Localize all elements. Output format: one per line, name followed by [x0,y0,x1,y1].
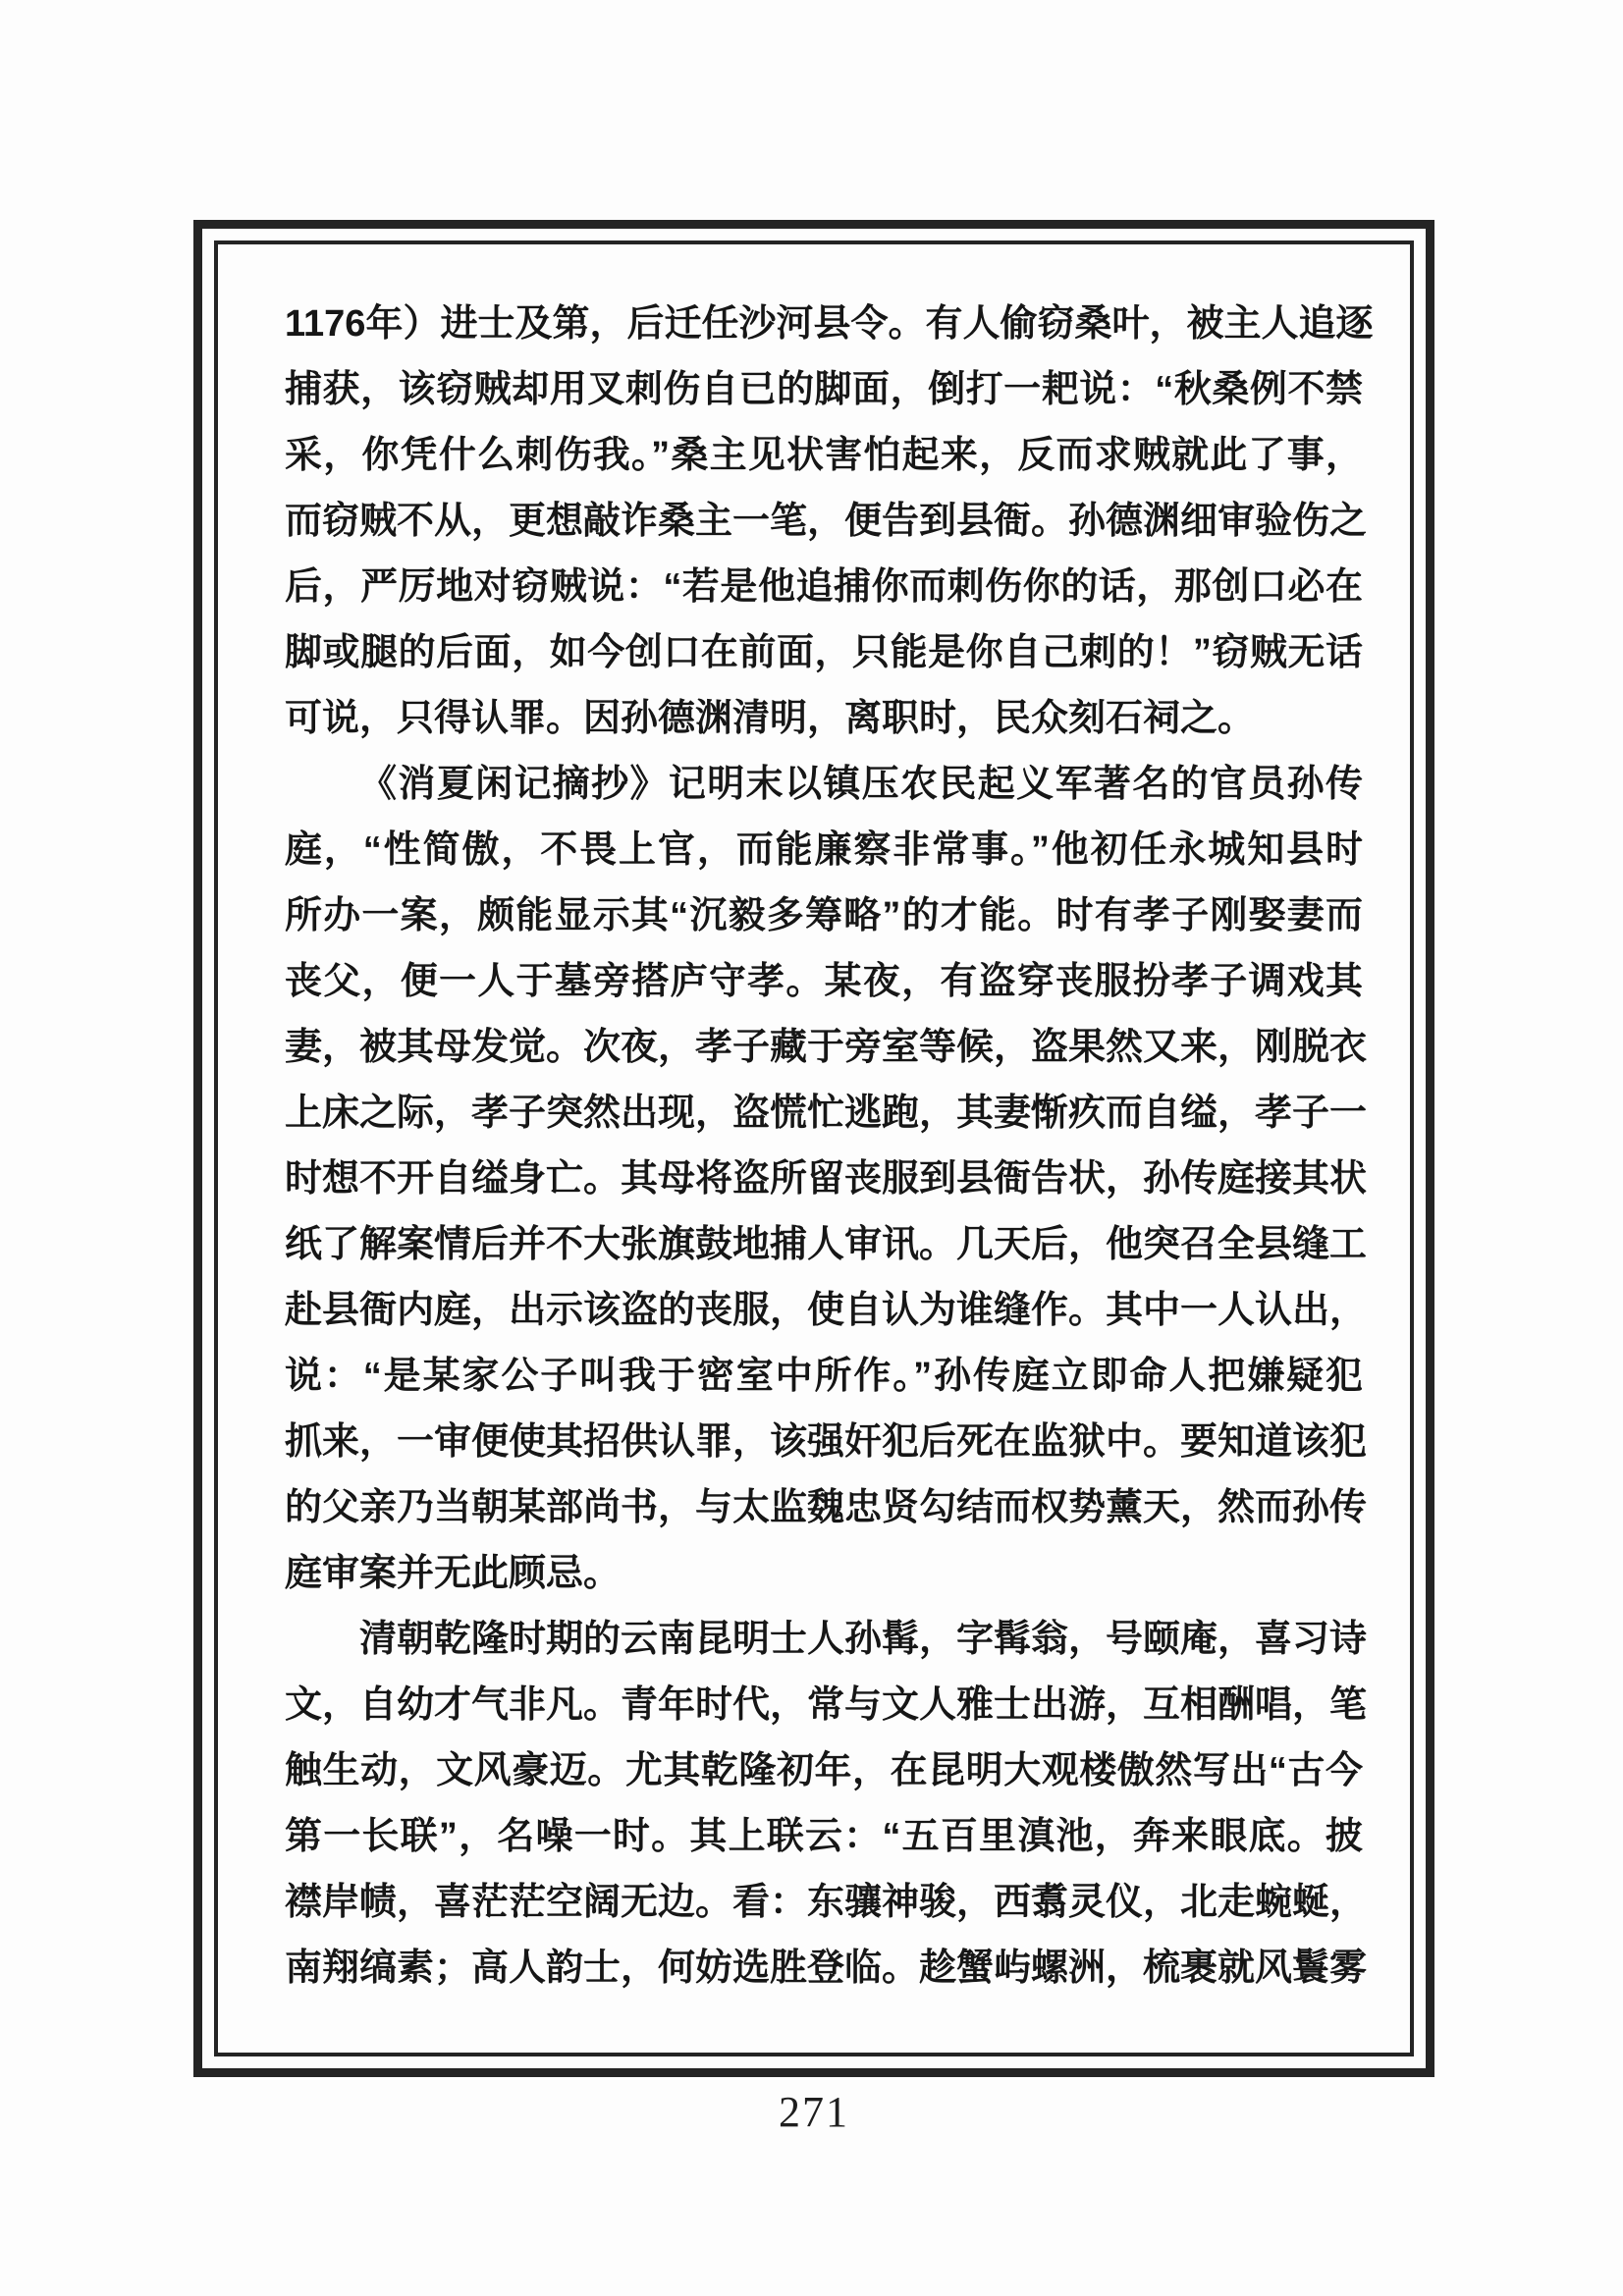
text-line: 上床之际，孝子突然出现，盗慌忙逃跑，其妻惭疚而自缢，孝子一 [285,1081,1363,1147]
text-line-paragraph-start: 《消夏闲记摘抄》记明末以镇压农民起义军著名的官员孙传 [285,752,1363,818]
text-line: 庭，“性简傲，不畏上官，而能廉察非常事。”他初任永城知县时 [285,818,1363,883]
text-line: 南翔缟素；高人韵士，何妨选胜登临。趁蟹屿螺洲，梳裹就风鬟雾 [285,1936,1363,2002]
text-line: 妻，被其母发觉。次夜，孝子藏于旁室等候，盗果然又来，刚脱衣 [285,1015,1363,1081]
text-line: 采，你凭什么刺伤我。”桑主见状害怕起来，反而求贼就此了事， [285,423,1363,489]
text-line: 说：“是某家公子叫我于密室中所作。”孙传庭立即命人把嫌疑犯 [285,1344,1363,1410]
page-number: 271 [193,2087,1434,2137]
text-line: 触生动，文风豪迈。尤其乾隆初年，在昆明大观楼傲然写出“古今 [285,1738,1363,1804]
text-line: 纸了解案情后并不大张旗鼓地捕人审讯。几天后，他突召全县缝工 [285,1212,1363,1278]
inner-border-frame: 1176年）进士及第，后迁任沙河县令。有人偷窃桑叶，被主人追逐 捕获，该窃贼却用… [214,240,1414,2056]
text-line: 的父亲乃当朝某部尚书，与太监魏忠贤勾结而权势薰天，然而孙传 [285,1475,1363,1541]
text-line: 可说，只得认罪。因孙德渊清明，离职时，民众刻石祠之。 [285,686,1363,752]
text-line: 所办一案，颇能显示其“沉毅多筹略”的才能。时有孝子刚娶妻而 [285,883,1363,949]
text-line: 后，严厉地对窃贼说：“若是他追捕你而刺伤你的话，那创口必在 [285,555,1363,620]
text-line: 丧父，便一人于墓旁搭庐守孝。某夜，有盗穿丧服扮孝子调戏其 [285,949,1363,1015]
text-line-paragraph-start: 清朝乾隆时期的云南昆明士人孙髯，字髯翁，号颐庵，喜习诗 [285,1607,1363,1673]
outer-border-frame: 1176年）进士及第，后迁任沙河县令。有人偷窃桑叶，被主人追逐 捕获，该窃贼却用… [193,220,1434,2077]
text-line: 抓来，一审便使其招供认罪，该强奸犯后死在监狱中。要知道该犯 [285,1410,1363,1475]
text-line: 文，自幼才气非凡。青年时代，常与文人雅士出游，互相酬唱，笔 [285,1673,1363,1738]
body-text-block: 1176年）进士及第，后迁任沙河县令。有人偷窃桑叶，被主人追逐 捕获，该窃贼却用… [285,292,1363,2002]
text-line: 时想不开自缢身亡。其母将盗所留丧服到县衙告状，孙传庭接其状 [285,1147,1363,1212]
text-line: 1176年）进士及第，后迁任沙河县令。有人偷窃桑叶，被主人追逐 [285,292,1363,357]
text-line: 襟岸帻，喜茫茫空阔无边。看：东骧神骏，西翥灵仪，北走蜿蜒， [285,1870,1363,1936]
text-line: 而窃贼不从，更想敲诈桑主一笔，便告到县衙。孙德渊细审验伤之 [285,489,1363,555]
text-line: 赴县衙内庭，出示该盗的丧服，使自认为谁缝作。其中一人认出， [285,1278,1363,1344]
text-line: 第一长联”，名噪一时。其上联云：“五百里滇池，奔来眼底。披 [285,1804,1363,1870]
text-line: 庭审案并无此顾忌。 [285,1541,1363,1607]
text-line: 脚或腿的后面，如今创口在前面，只能是你自己刺的！”窃贼无话 [285,620,1363,686]
book-page: 1176年）进士及第，后迁任沙河县令。有人偷窃桑叶，被主人追逐 捕获，该窃贼却用… [0,0,1623,2296]
text-line: 捕获，该窃贼却用叉刺伤自已的脚面，倒打一耙说：“秋桑例不禁 [285,357,1363,423]
